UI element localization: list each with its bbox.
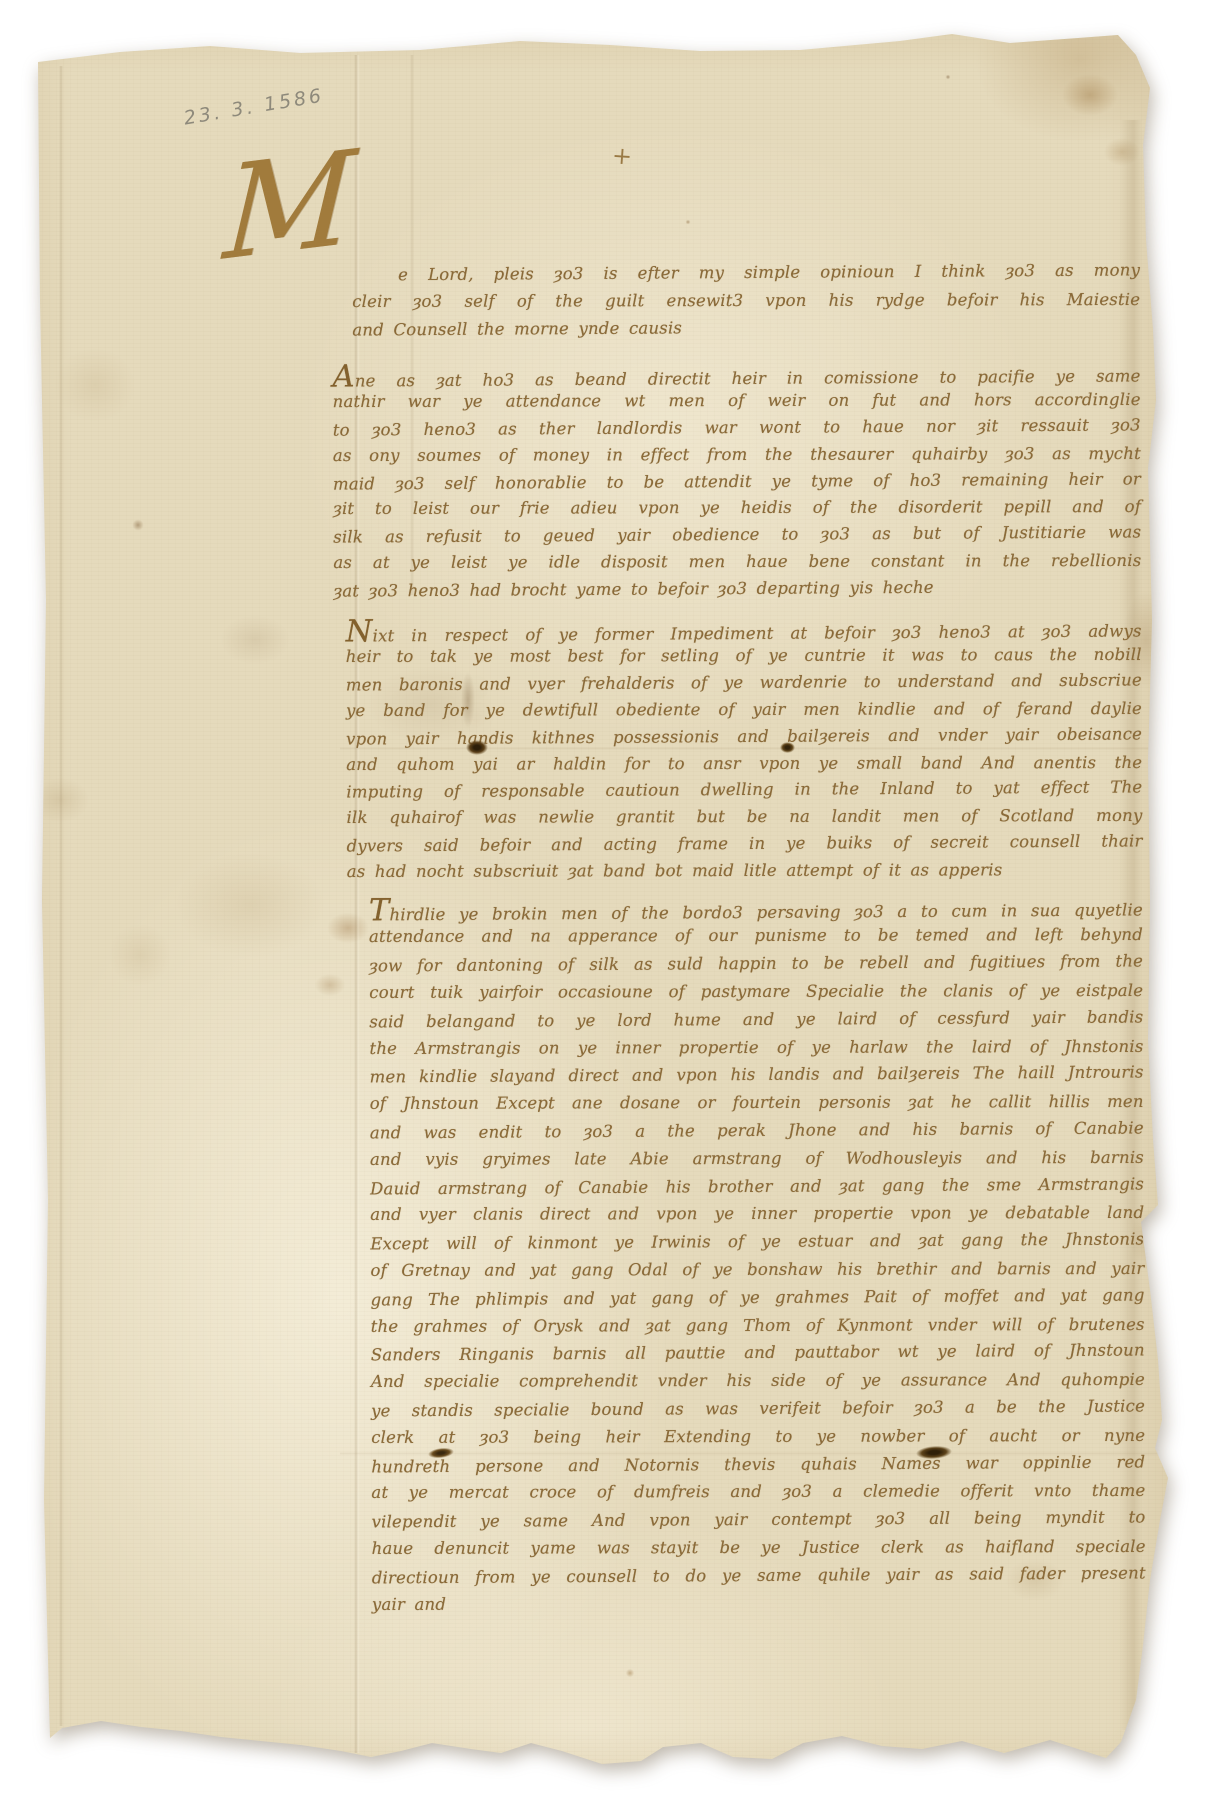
manuscript-line: of Gretnay and yat gang Odal of ye bonsh…	[370, 1255, 1144, 1285]
manuscript-line: ȝit to leist our frie adieu vpon ye heid…	[333, 494, 1141, 523]
manuscript-line: clerk at ȝo3 being heir Extending to ye …	[371, 1422, 1145, 1452]
manuscript-line: nathir war ye attendance wt men of weir …	[333, 387, 1141, 416]
manuscript-line: ye standis specialie bound as was verife…	[371, 1392, 1145, 1425]
manuscript-line: men kindlie slayand direct and vpon his …	[370, 1059, 1144, 1092]
manuscript-line: and vyer clanis direct and vpon ye inner…	[370, 1199, 1144, 1229]
manuscript-line: and Counsell the morne ynde causis	[352, 311, 1140, 344]
opening-initial-letter: M	[221, 139, 357, 275]
manuscript-line: as at ye leist ye idle disposit men haue…	[333, 548, 1141, 577]
manuscript-line: silk as refusit to geued yair obedience …	[333, 520, 1141, 552]
manuscript-line: Thirdlie ye brokin men of the bordo3 per…	[369, 892, 1143, 925]
manuscript-line: vilependit ye same And vpon yair contemp…	[371, 1504, 1145, 1537]
manuscript-page: 23. 3. 1586 + M e Lord, pleis ȝo3 is eft…	[0, 0, 1215, 1800]
manuscript-line: at ye mercat croce of dumfreis and ȝo3 a…	[371, 1477, 1145, 1507]
manuscript-line: as ony soumes of money in effect from th…	[333, 441, 1141, 470]
manuscript-line: hundreth persone and Notornis thevis quh…	[371, 1448, 1145, 1481]
manuscript-line: the Armstrangis on ye inner propertie of…	[369, 1033, 1143, 1063]
pencil-date-inscription: 23. 3. 1586	[182, 84, 325, 129]
manuscript-line: court tuik yairfoir occasioune of pastym…	[369, 977, 1143, 1007]
manuscript-line: haue denuncit yame was stayit be ye Just…	[372, 1533, 1146, 1563]
manuscript-line: Ane as ȝat ho3 as beand directit heir in…	[332, 359, 1140, 391]
manuscript-text-block: e Lord, pleis ȝo3 is efter my simple opi…	[332, 257, 1146, 1619]
manuscript-line: yair and	[372, 1588, 1146, 1618]
manuscript-line: men baronis and vyer frehalderis of ye w…	[346, 668, 1142, 700]
manuscript-line: And specialie comprehendit vnder his sid…	[371, 1366, 1145, 1396]
manuscript-line: and was endit to ȝo3 a the perak Jhone a…	[370, 1114, 1144, 1147]
cross-mark: +	[611, 141, 633, 170]
manuscript-line: said belangand to ye lord hume and ye la…	[369, 1003, 1143, 1036]
manuscript-line: of Jhnstoun Except ane dosane or fourtei…	[370, 1088, 1144, 1118]
paragraph-third-point: Thirdlie ye brokin men of the bordo3 per…	[369, 893, 1146, 1619]
manuscript-line: gang The phlimpis and yat gang of ye gra…	[370, 1281, 1144, 1314]
manuscript-line: cleir ȝo3 self of the guilt ensewit3 vpo…	[352, 285, 1140, 315]
manuscript-line: and vyis gryimes late Abie armstrang of …	[370, 1144, 1144, 1174]
paragraph-first-point: Ane as ȝat ho3 as beand directit heir in…	[332, 360, 1141, 605]
manuscript-line: e Lord, pleis ȝo3 is efter my simple opi…	[352, 256, 1140, 289]
manuscript-line: to ȝo3 heno3 as ther landlordis war wont…	[333, 412, 1141, 444]
fold-crease-left	[59, 66, 63, 1726]
manuscript-line: as had nocht subscriuit ȝat band bot mai…	[347, 857, 1143, 886]
manuscript-line: Sanders Ringanis barnis all pauttie and …	[371, 1337, 1145, 1370]
burn-hole-upper-left	[466, 740, 488, 755]
manuscript-line: attendance and na apperance of our punis…	[369, 921, 1143, 951]
manuscript-line: heir to tak ye most best for setling of …	[346, 642, 1142, 671]
paragraph-second-point: Nixt in respect of ye former Impediment …	[346, 615, 1143, 886]
manuscript-line: dyvers said befoir and acting frame in y…	[347, 828, 1143, 860]
manuscript-line: Dauid armstrang of Canabie his brother a…	[370, 1170, 1144, 1203]
manuscript-line: ye band for ye dewtifull obediente of ya…	[346, 696, 1142, 725]
paper-shadow: 23. 3. 1586 + M e Lord, pleis ȝo3 is eft…	[0, 0, 1215, 1800]
manuscript-line: Nixt in respect of ye former Impediment …	[346, 614, 1142, 646]
photo-background: 23. 3. 1586 + M e Lord, pleis ȝo3 is eft…	[0, 0, 1215, 1800]
manuscript-line: directioun from ye counsell to do ye sam…	[372, 1559, 1146, 1592]
manuscript-line: ȝow for dantoning of silk as suld happin…	[369, 948, 1143, 981]
manuscript-line: and quhom yai ar haldin for to ansr vpon…	[346, 750, 1142, 779]
manuscript-line: ilk quhairof was newlie grantit but be n…	[346, 803, 1142, 832]
manuscript-line: Except will of kinmont ye Irwinis of ye …	[370, 1226, 1144, 1259]
burn-hole-upper-right	[780, 742, 795, 753]
manuscript-line: the grahmes of Orysk and ȝat gang Thom o…	[371, 1311, 1145, 1341]
manuscript-line: ȝat ȝo3 heno3 had brocht yame to befoir …	[333, 573, 1141, 605]
manuscript-line: imputing of responsable cautioun dwellin…	[346, 775, 1142, 807]
paragraph-salutation: e Lord, pleis ȝo3 is efter my simple opi…	[352, 257, 1140, 343]
